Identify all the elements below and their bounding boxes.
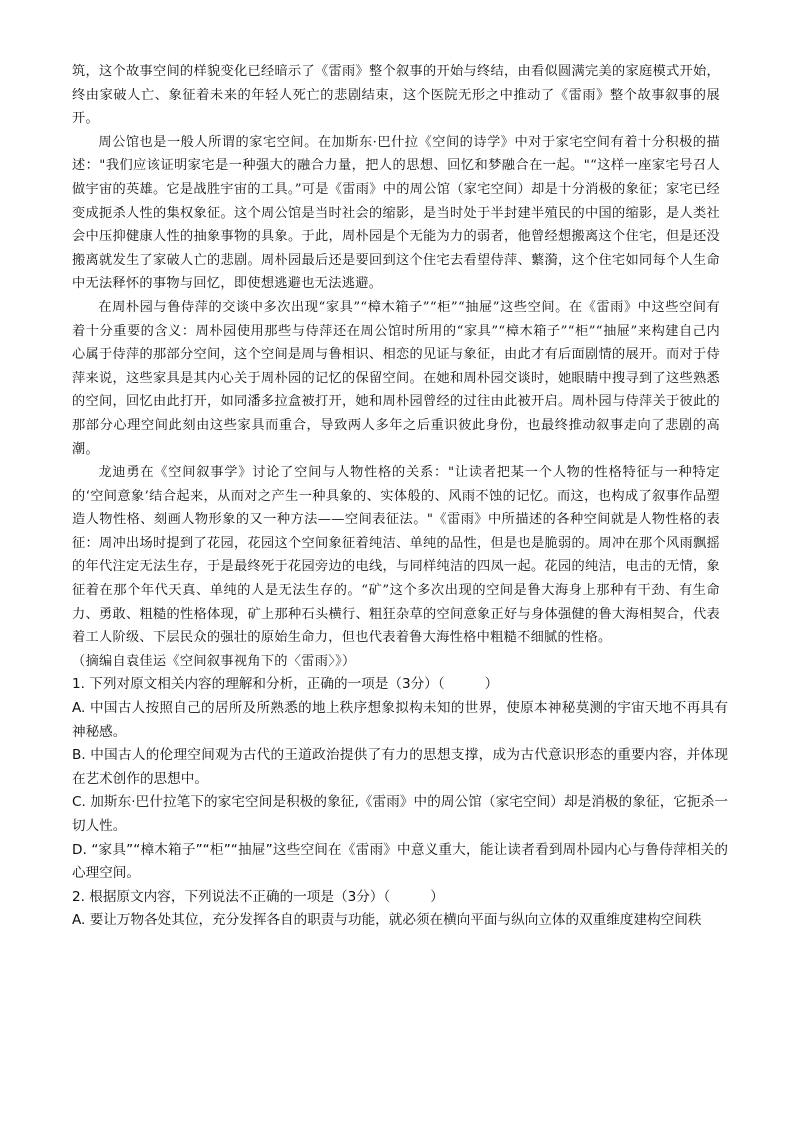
question-option-d: D. “家具”“樟木箱子”“柜”“抽屉”这些空间在《雷雨》中意义重大，能让读者看… [72,839,728,886]
question-option-a: A. 中国古人按照自己的居所及所熟悉的地上秩序想象拟构未知的世界，使原本神秘莫测… [72,697,728,744]
passage-paragraph: 周公馆也是一般人所谓的家宅空间。在加斯东·巴什拉《空间的诗学》中对于家宅空间有着… [72,131,720,296]
document-page: 筑，这个故事空间的样貌变化已经暗示了《雷雨》整个叙事的开始与终结，由看似圆满完美… [72,60,720,933]
passage-paragraph: 在周朴园与鲁侍萍的交谈中多次出现“家具”“樟木箱子”“柜”“抽屉”这些空间。在《… [72,296,720,461]
question-option-b: B. 中国古人的伦理空间观为古代的王道政治提供了有力的思想支撑，成为古代意识形态… [72,744,728,791]
question-2: 2. 根据原文内容，下列说法不正确的一项是（3分）（） A. 要让万物各处其位，… [72,886,728,933]
question-option-a: A. 要让万物各处其位，充分发挥各自的职责与功能，就必须在横向平面与纵向立体的双… [72,909,728,933]
question-stem: 1. 下列对原文相关内容的理解和分析，正确的一项是（3分）（） [72,673,728,697]
question-stem-text: 1. 下列对原文相关内容的理解和分析，正确的一项是（3分）（ [72,676,445,692]
passage-source-citation: （摘编自袁佳运《空间叙事视角下的〈雷雨〉》） [72,650,720,674]
passage-paragraph: 龙迪勇在《空间叙事学》讨论了空间与人物性格的关系："让读者把某一个人物的性格特征… [72,461,720,650]
question-stem-close: ） [485,676,499,692]
question-1: 1. 下列对原文相关内容的理解和分析，正确的一项是（3分）（） A. 中国古人按… [72,673,728,885]
question-stem-close: ） [430,889,444,905]
question-stem-text: 2. 根据原文内容，下列说法不正确的一项是（3分）（ [72,889,390,905]
question-option-c: C. 加斯东·巴什拉笔下的家宅空间是积极的象征,《雷雨》中的周公馆（家宅空间）却… [72,791,728,838]
passage-paragraph: 筑，这个故事空间的样貌变化已经暗示了《雷雨》整个叙事的开始与终结，由看似圆满完美… [72,60,720,131]
questions-section: 1. 下列对原文相关内容的理解和分析，正确的一项是（3分）（） A. 中国古人按… [72,673,728,933]
question-stem: 2. 根据原文内容，下列说法不正确的一项是（3分）（） [72,886,728,910]
reading-passage: 筑，这个故事空间的样貌变化已经暗示了《雷雨》整个叙事的开始与终结，由看似圆满完美… [72,60,720,673]
